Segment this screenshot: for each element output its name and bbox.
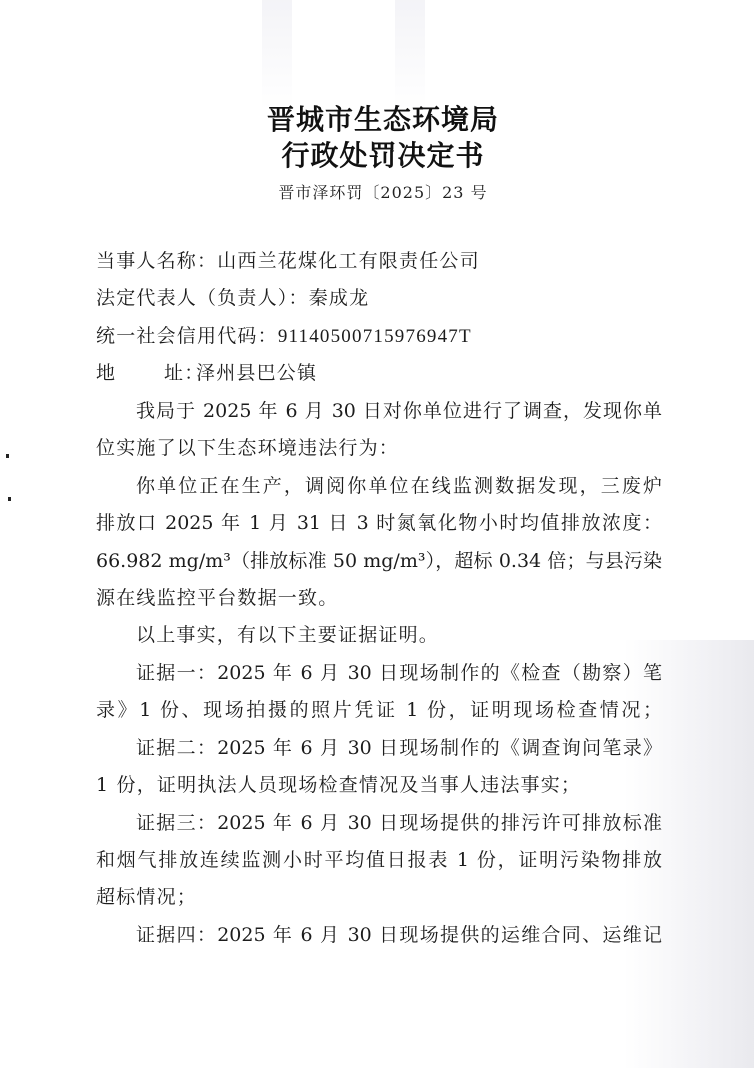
evidence-1-line: 证据一：2025 年 6 月 30 日现场制作的《检查（勘察）笔 <box>96 655 662 692</box>
binding-hole-mark <box>8 497 11 501</box>
paragraph-violation-line: 源在线监控平台数据一致。 <box>96 580 662 617</box>
paragraph-intro-line: 位实施了以下生态环境违法行为： <box>96 430 662 467</box>
party-name-row: 当事人名称：山西兰花煤化工有限责任公司 <box>96 243 662 280</box>
title-line-doctype: 行政处罚决定书 <box>6 138 754 174</box>
paragraph-violation-line: 66.982 mg/m³（排放标准 50 mg/m³），超标 0.34 倍；与县… <box>96 543 662 580</box>
paragraph-violation-line: 排放口 2025 年 1 月 31 日 3 时氮氧化物小时均值排放浓度： <box>96 505 662 542</box>
document-title: 晋城市生态环境局 行政处罚决定书 <box>6 102 754 174</box>
address-row: 地址：泽州县巴公镇 <box>96 355 662 392</box>
scan-streak <box>262 0 292 110</box>
evidence-4-line: 证据四：2025 年 6 月 30 日现场提供的运维合同、运维记 <box>96 917 662 954</box>
party-name-value: 山西兰花煤化工有限责任公司 <box>217 250 480 272</box>
evidence-3-line: 超标情况； <box>96 879 662 916</box>
title-line-agency: 晋城市生态环境局 <box>6 102 754 138</box>
binding-hole-mark <box>6 454 9 458</box>
legal-rep-label: 法定代表人（负责人）： <box>96 287 309 309</box>
legal-rep-row: 法定代表人（负责人）：秦成龙 <box>96 280 662 317</box>
document-body: 当事人名称：山西兰花煤化工有限责任公司 法定代表人（负责人）：秦成龙 统一社会信… <box>96 243 662 954</box>
legal-rep-value: 秦成龙 <box>309 287 370 309</box>
document-number: 晋市泽环罚〔2025〕23 号 <box>6 182 754 204</box>
scan-streak <box>395 0 425 110</box>
party-name-label: 当事人名称： <box>96 250 217 272</box>
paragraph-intro-line: 我局于 2025 年 6 月 30 日对你单位进行了调查，发现你单 <box>96 393 662 430</box>
evidence-2-line: 证据二：2025 年 6 月 30 日现场制作的《调查询问笔录》 <box>96 730 662 767</box>
credit-code-value: 91140500715976947T <box>278 326 472 347</box>
credit-code-label: 统一社会信用代码： <box>96 325 278 347</box>
evidence-intro: 以上事实，有以下主要证据证明。 <box>96 617 662 654</box>
address-value: 泽州县巴公镇 <box>196 362 317 384</box>
evidence-1-line: 录》1 份、现场拍摄的照片凭证 1 份，证明现场检查情况； <box>96 692 662 729</box>
credit-code-row: 统一社会信用代码：91140500715976947T <box>96 318 662 355</box>
paragraph-violation-line: 你单位正在生产，调阅你单位在线监测数据发现，三废炉 <box>96 468 662 505</box>
evidence-3-line: 证据三：2025 年 6 月 30 日现场提供的排污许可排放标准 <box>96 805 662 842</box>
evidence-2-line: 1 份，证明执法人员现场检查情况及当事人违法事实； <box>96 767 662 804</box>
evidence-3-line: 和烟气排放连续监测小时平均值日报表 1 份，证明污染物排放 <box>96 842 662 879</box>
address-label: 地址： <box>96 355 196 392</box>
